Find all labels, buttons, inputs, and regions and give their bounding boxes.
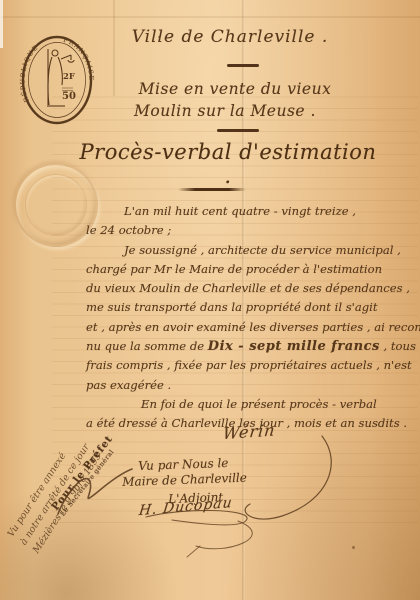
- margin-annotation-line: Vu pour être annexé: [4, 331, 147, 540]
- body-line: du vieux Moulin de Charleville et de ses…: [86, 279, 420, 298]
- subject-line-2: Moulin sur la Meuse .: [80, 102, 370, 120]
- architect-flourish: [245, 436, 331, 519]
- document-title: Procès-verbal d'estimation .: [78, 140, 378, 188]
- body-line: me suis transporté dans la propriété don…: [86, 298, 420, 317]
- underline-flourish: [178, 188, 246, 191]
- svg-text:RÉPUBLIQUE: RÉPUBLIQUE: [19, 43, 41, 103]
- approval-line: Vu par Nous le: [138, 456, 229, 473]
- underline: [217, 129, 259, 132]
- underline: [227, 64, 259, 67]
- body-line: Je soussigné , architecte du service mun…: [86, 241, 420, 260]
- ink-speck: [352, 546, 355, 549]
- scan-edge: [0, 0, 3, 48]
- adjoint-signature: H. Ducopau: [138, 495, 234, 519]
- stamp-value-bottom: 50: [62, 91, 76, 102]
- body-line: chargé par Mr le Maire de procéder à l'e…: [86, 260, 420, 279]
- stamp-value-top: 2F: [63, 72, 75, 82]
- commune-heading: Ville de Charleville .: [90, 27, 370, 47]
- architect-signature: Wérin: [222, 420, 277, 443]
- approval-line: Maire de Charleville: [122, 471, 247, 489]
- stamp-text-left: RÉPUBLIQUE: [19, 43, 41, 103]
- flourish-tick: [187, 546, 200, 557]
- horizontal-crease: [0, 16, 420, 18]
- body-line: le 24 octobre ;: [86, 221, 420, 240]
- subject-line-1: Mise en vente du vieux: [90, 80, 380, 98]
- body-line: L'an mil huit cent quatre - vingt treize…: [86, 202, 420, 221]
- document-page: RÉPUBLIQUE FRANÇAISE 2F 50 Ville de Char…: [0, 0, 420, 600]
